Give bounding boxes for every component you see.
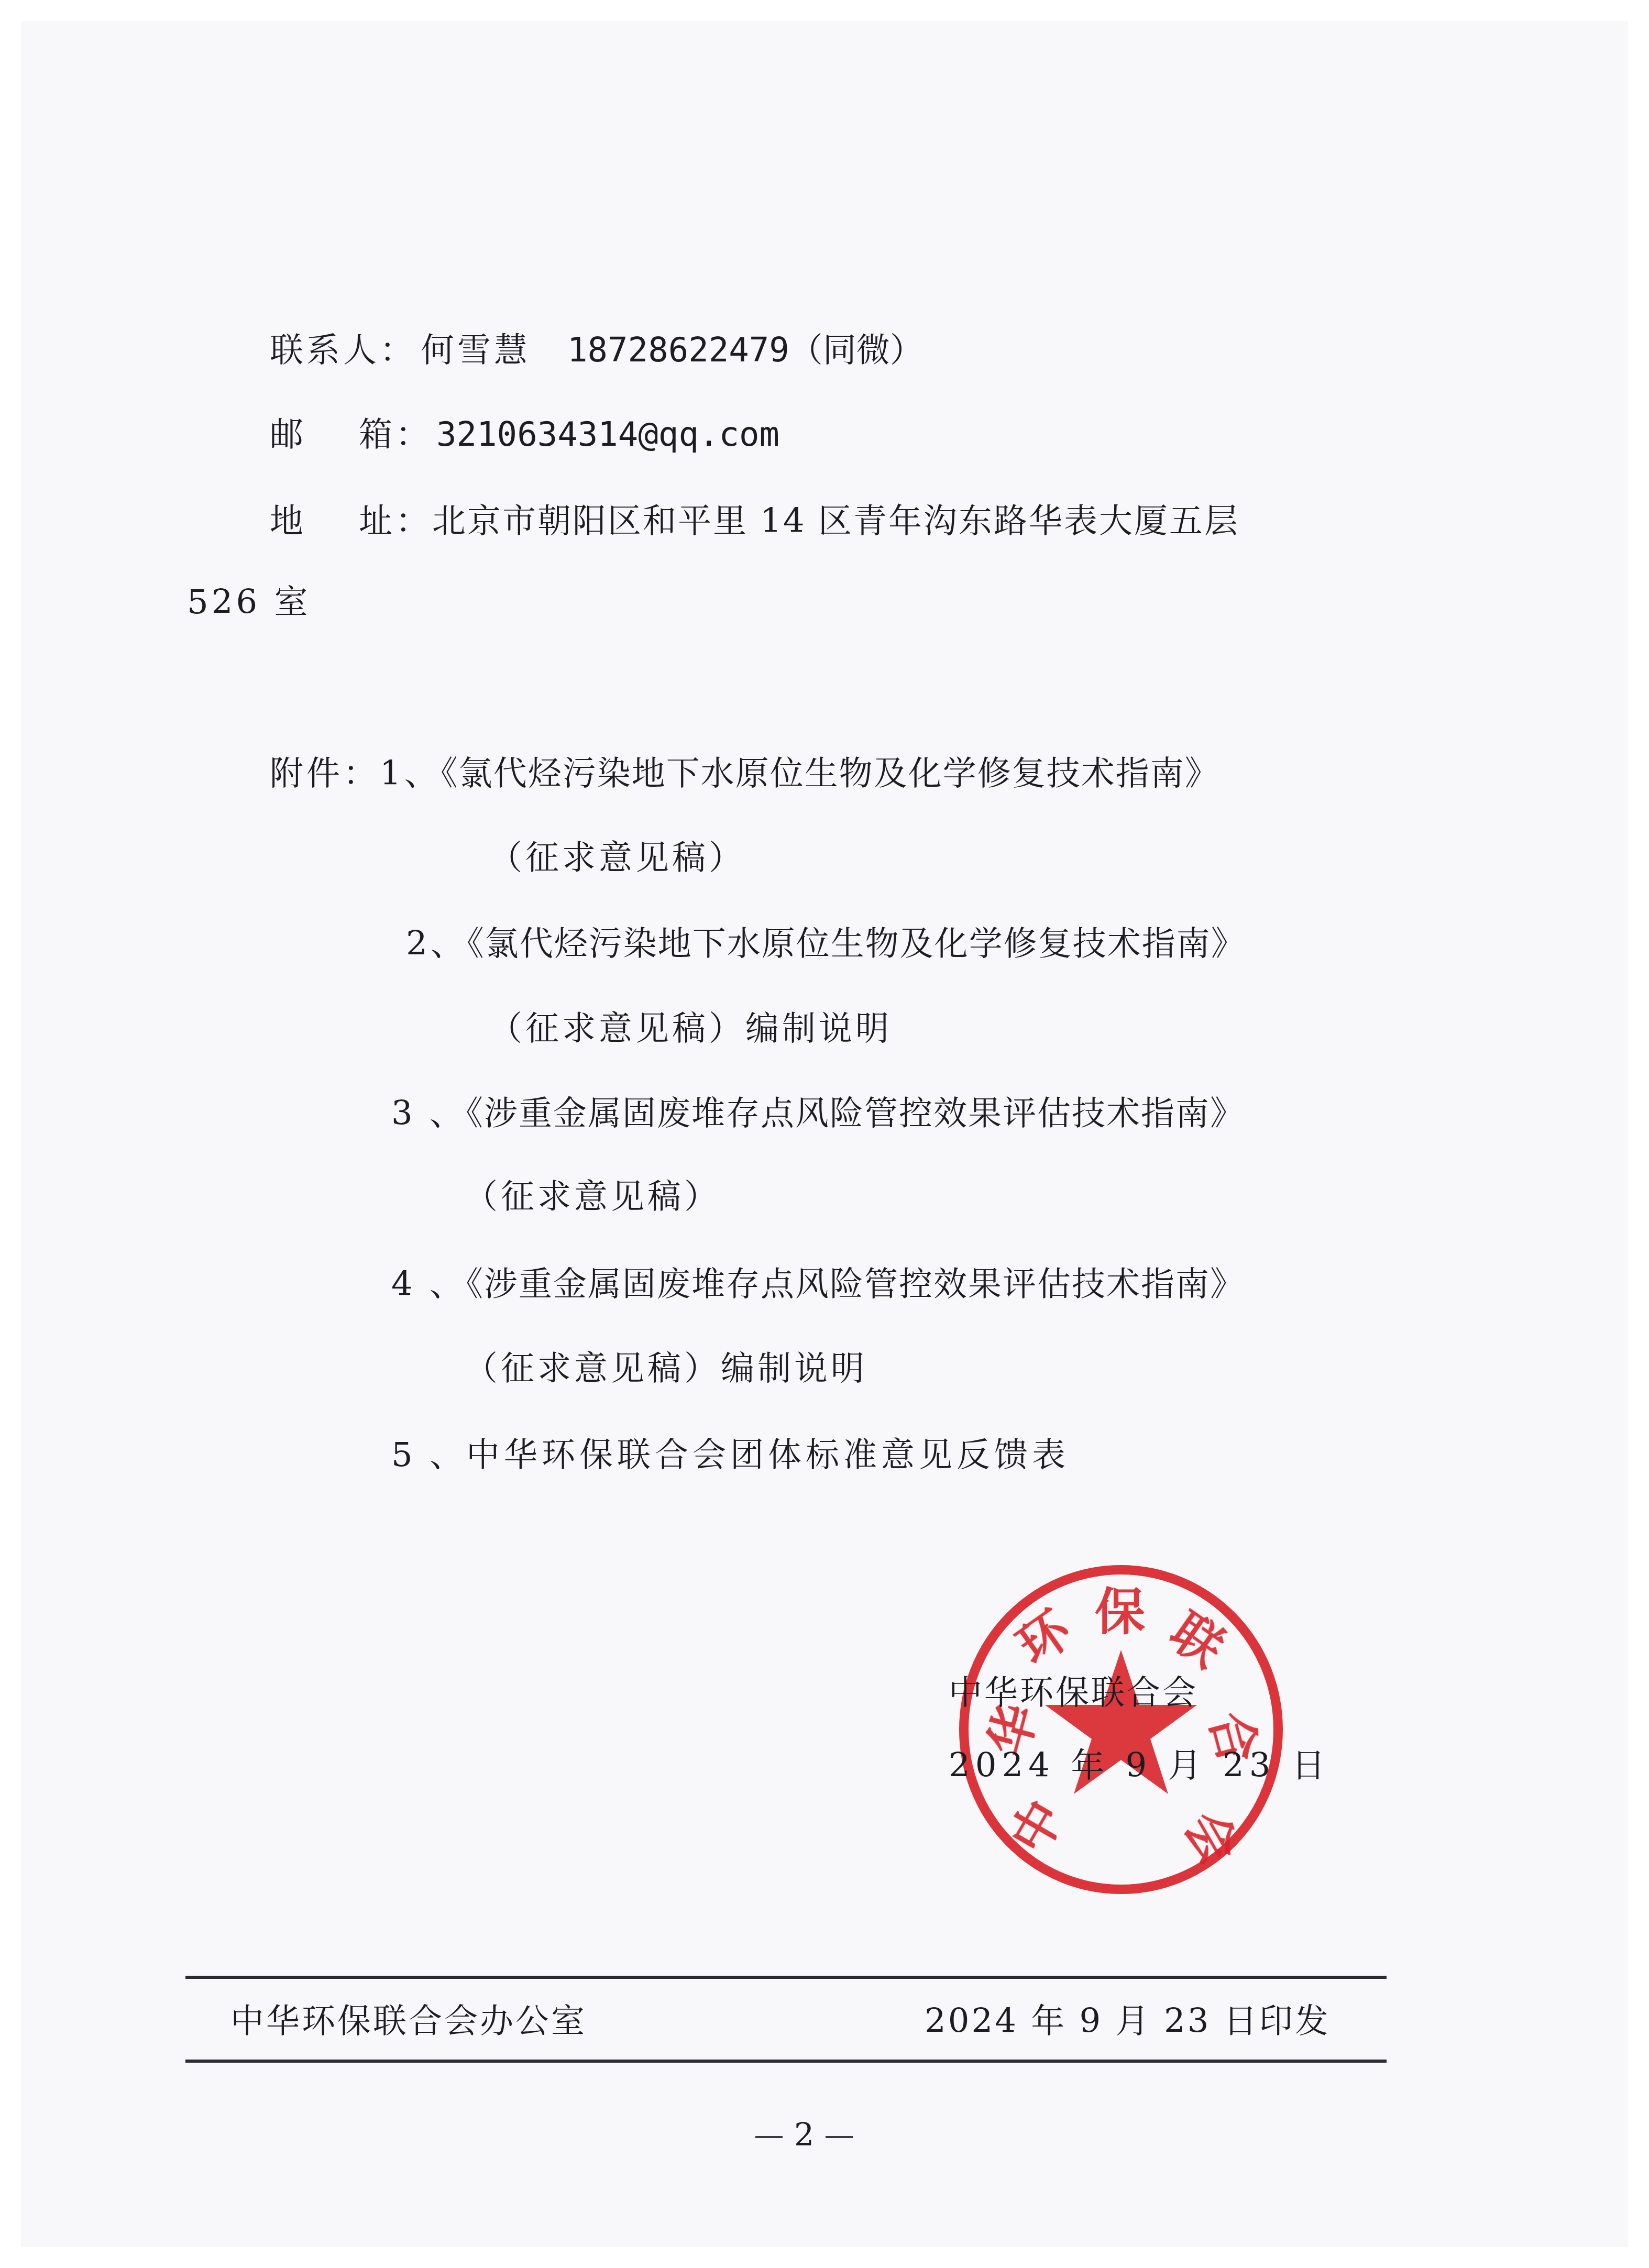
- signature-organization: 中华环保联合会: [949, 1672, 1198, 1714]
- attachment-title: 《氯代烃污染地下水原位生物及化学修复技术指南》: [441, 754, 1219, 793]
- footer-issuer: 中华环保联合会办公室: [230, 2000, 587, 2042]
- attachment-title: 《涉重金属固废堆存点风险管控效果评估技术指南》: [466, 1265, 1245, 1304]
- attachment-title: 中华环保联合会团体标准意见反馈表: [466, 1436, 1070, 1474]
- contact-email: 321063431­4@qq.com: [436, 415, 779, 454]
- footer-issue-date: 2024 年 9 月 23 日印发: [925, 2000, 1331, 2042]
- email-label-part2: 箱：: [359, 415, 432, 454]
- attachment-suffix: （征求意见稿）: [489, 837, 745, 879]
- attachment-number: 4 、: [391, 1265, 466, 1304]
- page-dash-left: [755, 2136, 783, 2138]
- attachment-item-3: 3 、《涉重金属固废堆存点风险管控效果评估技术指南》: [391, 1093, 1245, 1135]
- contact-address-row: 地址：北京市朝阳区和平里 14 区青年沟东路华表大厦五层: [270, 500, 1239, 542]
- contact-person-label: 联系人：: [270, 331, 416, 370]
- address-label-part2: 址：: [359, 502, 432, 541]
- page-number: 2: [744, 2114, 864, 2156]
- contact-phone: 18728622479（同微）: [567, 331, 924, 370]
- attachment-title: 《涉重金属固废堆存点风险管控效果评估技术指南》: [466, 1094, 1245, 1133]
- attachment-suffix: （征求意见稿）编制说明: [489, 1008, 892, 1050]
- address-line2: 526 室: [187, 581, 311, 623]
- attachment-item-2: 2、《氯代烃污染地下水原位生物及化学修复技术指南》: [406, 923, 1246, 965]
- contact-person-name: 何雪慧: [421, 331, 531, 370]
- page-dash-right: [826, 2136, 853, 2138]
- attachment-title: 《氯代烃污染地下水原位生物及化学修复技术指南》: [467, 924, 1246, 963]
- attachment-number: 5 、: [391, 1436, 466, 1474]
- contact-person-row: 联系人：何雪慧18728622479（同微）: [270, 329, 924, 371]
- attachment-number: 3 、: [391, 1094, 466, 1133]
- address-line1: 北京市朝阳区和平里 14 区青年沟东路华表大厦五层: [432, 502, 1239, 541]
- official-seal-stamp: 中 华 环 保 联 合 会: [953, 1561, 1289, 1896]
- address-label-part1: 地: [270, 502, 306, 541]
- attachment-suffix: （征求意见稿）编制说明: [464, 1348, 867, 1390]
- attachment-item-4: 4 、《涉重金属固废堆存点风险管控效果评估技术指南》: [391, 1263, 1245, 1305]
- attachment-number: 1、: [380, 754, 441, 793]
- footer-bottom-rule: [185, 2060, 1387, 2063]
- svg-text:保: 保: [1095, 1582, 1145, 1641]
- svg-text:中: 中: [999, 1790, 1075, 1864]
- svg-text:会: 会: [1173, 1801, 1250, 1874]
- attachment-number: 2、: [406, 924, 467, 963]
- email-label-part1: 邮: [270, 415, 306, 454]
- page-number-value: 2: [794, 2117, 814, 2153]
- attachment-item-1: 附件：1、《氯代烃污染地下水原位生物及化学修复技术指南》: [270, 753, 1219, 795]
- attachment-item-5: 5 、中华环保联合会团体标准意见反馈表: [391, 1434, 1070, 1476]
- attachments-label: 附件：: [270, 754, 380, 793]
- footer-top-rule: [185, 1976, 1387, 1979]
- attachment-suffix: （征求意见稿）: [464, 1176, 721, 1218]
- signature-date: 2024 年 9 月 23 日: [949, 1745, 1331, 1787]
- contact-email-row: 邮箱：321063431­4@qq.com: [270, 414, 779, 456]
